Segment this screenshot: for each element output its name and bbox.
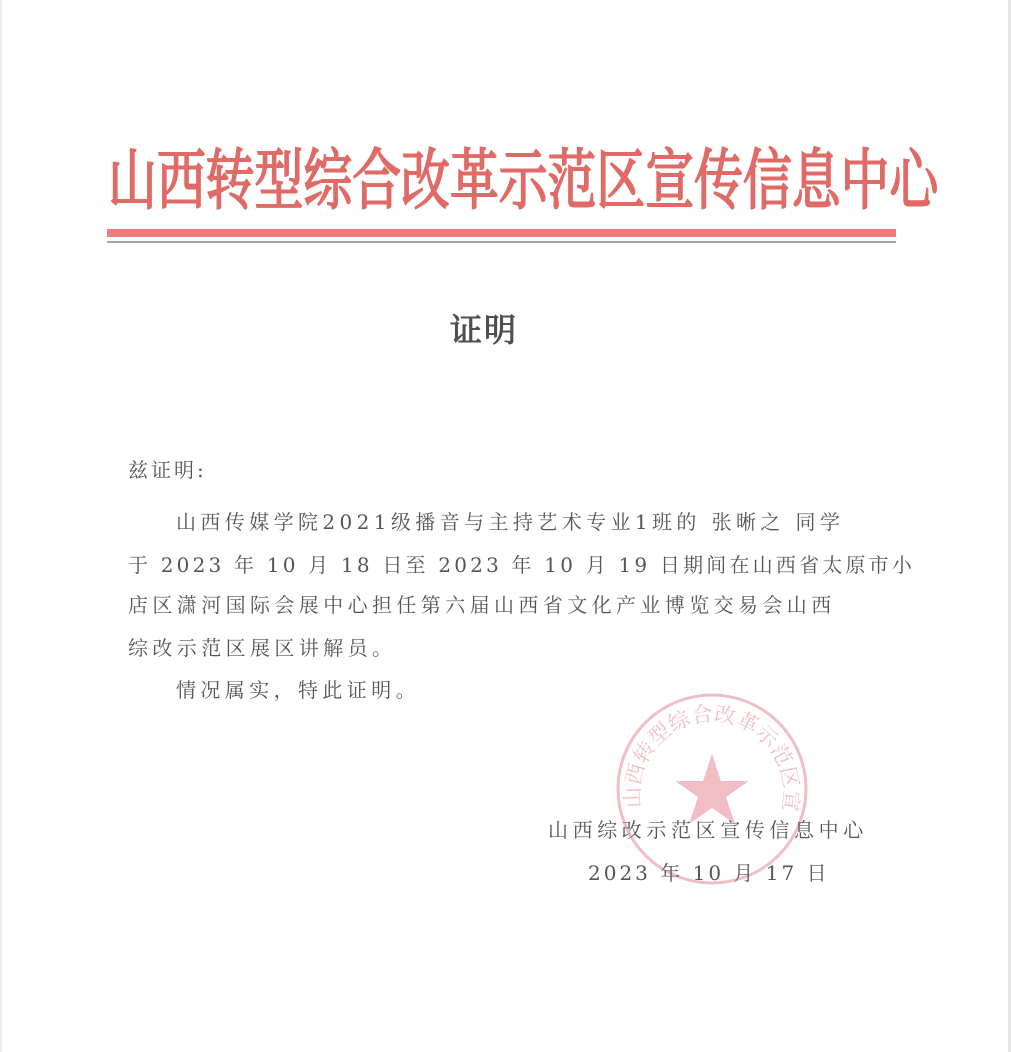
signature-date: 2023 年 10 月 17 日 xyxy=(588,859,830,887)
body-line-4: 综改示范区展区讲解员。 xyxy=(128,634,396,662)
body-line-1: 山西传媒学院2021级播音与主持艺术专业1班的 张晰之 同学 xyxy=(176,508,844,536)
signature-organization: 山西综改示范区宣传信息中心 xyxy=(548,816,868,844)
closing-statement: 情况属实，特此证明。 xyxy=(176,676,420,704)
body-line-2: 于 2023 年 10 月 18 日至 2023 年 10 月 19 日期间在山… xyxy=(128,551,915,579)
letterhead-title: 山西转型综合改革示范区宣传信息中心 xyxy=(108,140,938,220)
document-heading: 证明 xyxy=(450,308,518,352)
body-line-3: 店区潇河国际会展中心担任第六届山西省文化产业博览交易会山西 xyxy=(128,591,836,619)
page-edge-left xyxy=(0,0,2,1052)
salutation: 兹证明: xyxy=(128,456,207,484)
letterhead-red-rule xyxy=(107,229,896,237)
letterhead: 山西转型综合改革示范区宣传信息中心 xyxy=(108,140,898,220)
letterhead-thin-rule xyxy=(107,241,896,243)
